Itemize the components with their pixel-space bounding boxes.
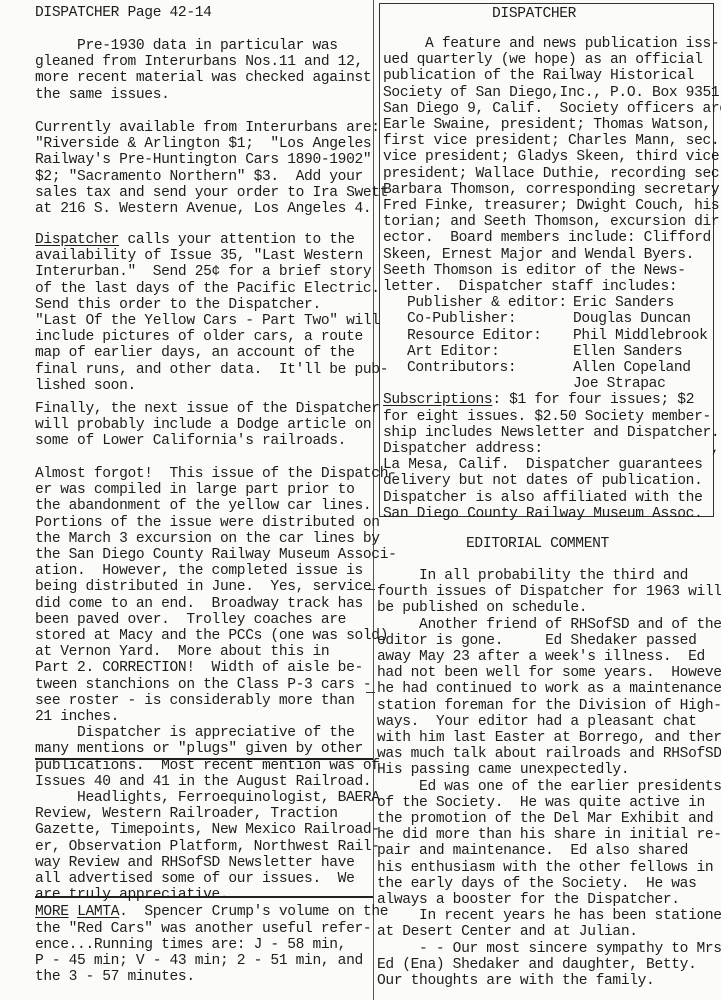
paragraph-line: the abandonment of the yellow car lines. xyxy=(35,498,371,514)
paragraph-line: Portions of the issue were distributed o… xyxy=(35,515,380,531)
masthead-line: Fred Finke, treasurer; Dwight Couch, his… xyxy=(383,198,721,214)
editorial-line: ways. Your editor had a pleasant chat xyxy=(377,714,697,730)
paragraph-line: ence...Running times are: J - 58 min, xyxy=(35,937,346,953)
paragraph-line: of the last days of the Pacific Electric… xyxy=(35,281,380,297)
masthead-line: vice president; Gladys Skeen, third vice xyxy=(383,149,719,165)
editorial-line: Another friend of RHSofSD and of the xyxy=(377,617,721,633)
paragraph-line: Issues 40 and 41 in the August Railroad. xyxy=(35,774,371,790)
editorial-line: Ed was one of the earlier presidents xyxy=(377,779,721,795)
paragraph-line: "Last Of the Yellow Cars - Part Two" wil… xyxy=(35,313,380,329)
editorial-line: be published on schedule. xyxy=(377,600,587,616)
paragraph-line: publications. Most recent mention was of xyxy=(35,758,380,774)
editorial-line: had not been well for some years. Howeve… xyxy=(377,665,721,681)
masthead-line: San Diego 9, Calif. Society officers are xyxy=(383,101,721,117)
editorial-line: Our thoughts are with the family. xyxy=(377,973,654,989)
masthead-line: ued quarterly (we hope) as an official xyxy=(383,52,703,68)
running-head: DISPATCHER Page 42-14 xyxy=(35,5,212,21)
paragraph-line: many mentions or "plugs" given by other xyxy=(35,741,363,757)
editorial-line: the promotion of the Del Mar Exhibit and xyxy=(377,811,713,827)
paragraph-line: Interurban." Send 25¢ for a brief story xyxy=(35,264,371,280)
staff-name: Joe Strapac xyxy=(573,376,666,392)
paragraph-line: being distributed in June. Yes, service xyxy=(35,579,371,595)
masthead-line: La Mesa, Calif. Dispatcher guarantees xyxy=(383,457,703,473)
staff-name: Ellen Sanders xyxy=(573,344,682,360)
staff-name: Allen Copeland xyxy=(573,360,691,376)
editorial-line: was much talk about railroads and RHSofS… xyxy=(377,746,721,762)
editorial-line: he did more than his share in initial re… xyxy=(377,827,721,843)
paragraph-line: map of earlier days, an account of the xyxy=(35,345,355,361)
masthead-line: delivery but not dates of publication. xyxy=(383,473,703,489)
paragraph-line: at 216 S. Western Avenue, Los Angeles 4. xyxy=(35,201,371,217)
staff-name: Douglas Duncan xyxy=(573,311,691,327)
editorial-line: pair and maintenance. Ed also shared xyxy=(377,843,688,859)
paragraph-line: P - 45 min; V - 43 min; 2 - 51 min, and xyxy=(35,953,363,969)
masthead-line: ector. Board members include: Clifford xyxy=(383,230,711,246)
paragraph-line: Railway's Pre-Huntington Cars 1890-1902" xyxy=(35,152,371,168)
paragraph-line: Gazette, Timepoints, New Mexico Railroad… xyxy=(35,822,380,838)
paragraph-line: sales tax and send your order to Ira Swe… xyxy=(35,185,388,201)
staff-role: Publisher & editor: xyxy=(407,295,567,311)
masthead-line: Skeen, Ernest Major and Wendal Byers. xyxy=(383,247,694,263)
editorial-line: at Desert Center and at Julian. xyxy=(377,924,638,940)
editorial-line: In recent years he has been stationed xyxy=(377,908,721,924)
staff-role: Co-Publisher: xyxy=(407,311,516,327)
editorial-line: editor is gone. Ed Shedaker passed xyxy=(377,633,697,649)
paragraph-line: some of Lower California's railroads. xyxy=(35,433,346,449)
paragraph-line: final runs, and other data. It'll be pub… xyxy=(35,362,388,378)
editorial-line: station foreman for the Division of High… xyxy=(377,698,721,714)
paragraph-line: 21 inches. xyxy=(35,709,119,725)
masthead-line: letter. Dispatcher staff includes: xyxy=(383,279,677,295)
paragraph-line: Pre-1930 data in particular was xyxy=(35,38,338,54)
staff-role: Contributors: xyxy=(407,360,516,376)
staff-name: Phil Middlebrook xyxy=(573,328,708,344)
paragraph-line: tween stanchions on the Class P-3 cars - xyxy=(35,677,371,693)
paragraph-line: did come to an end. Broadway track has xyxy=(35,596,363,612)
paragraph-line: way Review and RHSofSD Newsletter have xyxy=(35,855,355,871)
masthead-line: Society of San Diego,Inc., P.O. Box 9351… xyxy=(383,85,721,101)
paragraph-line: been paved over. Trolley coaches are xyxy=(35,612,346,628)
paragraph-line: Send this order to the Dispatcher. xyxy=(35,297,321,313)
editorial-line: His passing came unexpectedly. xyxy=(377,762,629,778)
paragraph-line: stored at Macy and the PCCs (one was sol… xyxy=(35,628,388,644)
paragraph-line: include pictures of older cars, a route xyxy=(35,329,363,345)
editorial-line: of the Society. He was quite active in xyxy=(377,795,705,811)
editorial-line: his enthusiasm with the other fellows in xyxy=(377,860,713,876)
masthead-line: for eight issues. $2.50 Society member- xyxy=(383,409,711,425)
editorial-line: he had continued to work as a maintenanc… xyxy=(377,681,721,697)
paragraph-line: the "Red Cars" was another useful refer- xyxy=(35,921,371,937)
paragraph-line: are truly appreciative. xyxy=(35,887,228,903)
paragraph-line: the same issues. xyxy=(35,87,170,103)
paragraph-line: more recent material was checked against xyxy=(35,70,371,86)
lamta-paragraph: MORE LAMTA. Spencer Crump's volume on th… xyxy=(35,904,388,920)
masthead-line: Earle Swaine, president; Thomas Watson, xyxy=(383,117,711,133)
paragraph-line: Dispatcher is appreciative of the xyxy=(35,725,355,741)
paragraph-line: the March 3 excursion on the car lines b… xyxy=(35,531,380,547)
paragraph-line: er was compiled in large part prior to xyxy=(35,482,355,498)
paragraph-line: availability of Issue 35, "Last Western xyxy=(35,248,363,264)
editorial-line: always a booster for the Dispatcher. xyxy=(377,892,680,908)
masthead-line: Dispatcher address: , xyxy=(383,441,719,457)
paragraph-line: er, Observation Platform, Northwest Rail… xyxy=(35,839,380,855)
editorial-line: away May 23 after a week's illness. Ed xyxy=(377,649,705,665)
editorial-heading: EDITORIAL COMMENT xyxy=(466,536,609,552)
masthead-line: president; Wallace Duthie, recording sec… xyxy=(383,166,721,182)
masthead-line: ship includes Newsletter and Dispatcher. xyxy=(383,425,719,441)
paragraph-line: Headlights, Ferroequinologist, BAERA xyxy=(35,790,380,806)
editorial-line: - - Our most sincere sympathy to Mrs. xyxy=(377,941,721,957)
newsletter-page: DISPATCHER Page 42-14 Pre-1930 data in p… xyxy=(0,0,721,1000)
paragraph-line: will probably include a Dodge article on xyxy=(35,417,371,433)
paragraph-line: Almost forgot! This issue of the Dispatc… xyxy=(35,466,397,482)
paragraph-line: Dispatcher calls your attention to the xyxy=(35,232,355,248)
subscriptions-line: Subscriptions: $1 for four issues; $2 xyxy=(383,392,694,408)
paragraph-line: ation. However, the completed issue is xyxy=(35,563,363,579)
paragraph-line: Currently available from Interurbans are… xyxy=(35,120,380,136)
masthead-line: Seeth Thomson is editor of the News- xyxy=(383,263,686,279)
masthead-line: Dispatcher is also affiliated with the xyxy=(383,490,703,506)
paragraph-line: Review, Western Railroader, Traction xyxy=(35,806,338,822)
paragraph-line: see roster - is considerably more than xyxy=(35,693,355,709)
editorial-line: fourth issues of Dispatcher for 1963 wil… xyxy=(377,584,721,600)
editorial-line: Ed (Ena) Shedaker and daughter, Betty. xyxy=(377,957,697,973)
editorial-line: the early days of the Society. He was xyxy=(377,876,697,892)
paragraph-line: Part 2. CORRECTION! Width of aisle be- xyxy=(35,660,363,676)
staff-role: Resource Editor: xyxy=(407,328,542,344)
paragraph-line: the San Diego County Railway Museum Asso… xyxy=(35,547,397,563)
staff-role: Art Editor: xyxy=(407,344,500,360)
masthead-line: first vice president; Charles Mann, sec.… xyxy=(383,133,721,149)
paragraph-line: all advertised some of our issues. We xyxy=(35,871,355,887)
masthead-line: San Diego County Railway Museum Assoc. xyxy=(383,506,703,522)
masthead-line: Barbara Thomson, corresponding secretary… xyxy=(383,182,721,198)
paragraph-line: the 3 - 57 minutes. xyxy=(35,969,195,985)
masthead-title: DISPATCHER xyxy=(492,6,576,22)
masthead-line: publication of the Railway Historical xyxy=(383,68,694,84)
paragraph-line: Finally, the next issue of the Dispatche… xyxy=(35,401,380,417)
staff-name: Eric Sanders xyxy=(573,295,674,311)
paragraph-line: $2; "Sacramento Northern" $3. Add your xyxy=(35,169,363,185)
paragraph-line: at Vernon Yard. More about this in xyxy=(35,644,329,660)
masthead-line: torian; and Seeth Thomson, excursion dir… xyxy=(383,214,721,230)
paragraph-line: gleaned from Interurbans Nos.11 and 12, xyxy=(35,54,363,70)
masthead-line: A feature and news publication iss- xyxy=(383,36,719,52)
paragraph-line: lished soon. xyxy=(35,378,136,394)
editorial-line: with him last Easter at Borrego, and the… xyxy=(377,730,721,746)
editorial-line: In all probability the third and xyxy=(377,568,688,584)
paragraph-line: "Riverside & Arlington $1; "Los Angeles xyxy=(35,136,371,152)
